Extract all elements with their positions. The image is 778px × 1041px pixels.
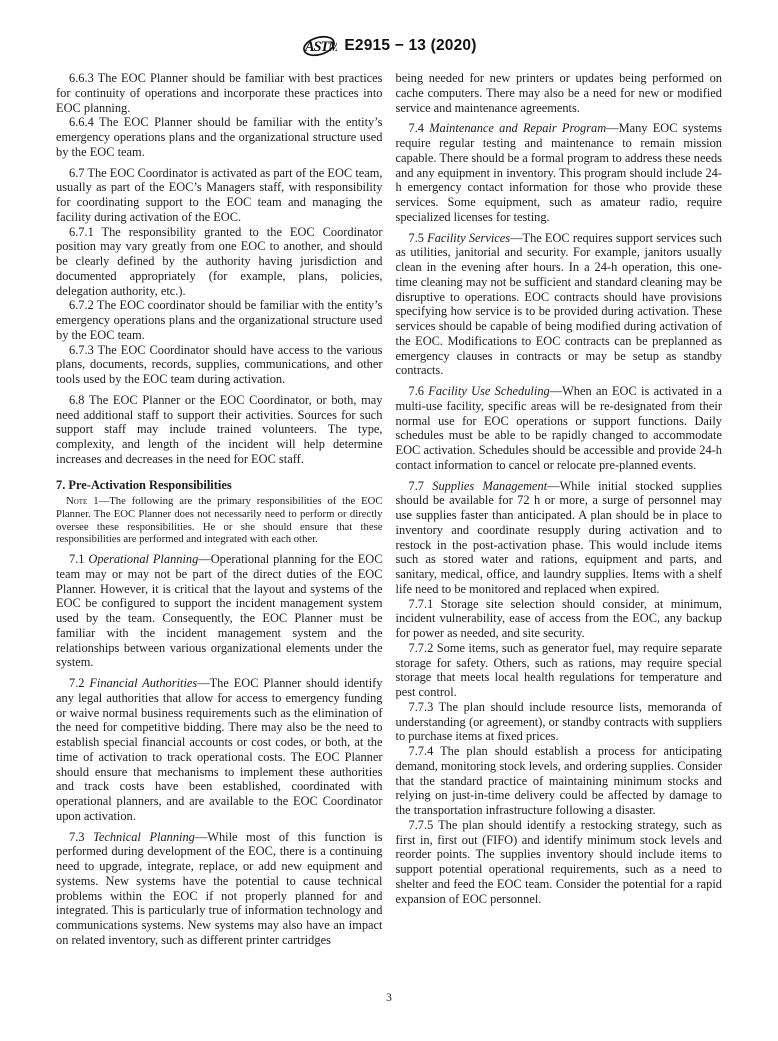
text-segment: Note 1 [66,495,99,507]
para-7.7.3: 7.7.3 The plan should include resource l… [396,700,723,744]
text-segment: 7.7.4 The plan should establish a proces… [396,744,723,817]
text-segment: Operational Planning [88,552,198,566]
text-segment: 7.7.5 The plan should identify a restock… [396,818,723,906]
para-6.7.3: 6.7.3 The EOC Coordinator should have ac… [56,343,383,387]
text-segment: —The EOC Planner should identify any leg… [56,676,383,823]
right-column: being needed for new printers or updates… [396,71,723,948]
section-heading-section-7: 7. Pre-Activation Responsibilities [56,478,383,493]
page-footer: 3 [0,992,778,1004]
para-7.7.5: 7.7.5 The plan should identify a restock… [396,818,723,907]
page-number: 3 [386,992,392,1004]
text-segment: —Many EOC systems require regular testin… [396,121,723,224]
document-page: ASTM E2915 − 13 (2020) 6.6.3 The EOC Pla… [0,0,778,1041]
para-6.7: 6.7 The EOC Coordinator is activated as … [56,166,383,225]
text-segment: 7. Pre-Activation Responsibilities [56,478,232,492]
text-segment: 6.7 The EOC Coordinator is activated as … [56,166,383,224]
text-segment: Financial Authorities [89,676,197,690]
para-7.7.2: 7.7.2 Some items, such as generator fuel… [396,641,723,700]
para-6.6.4: 6.6.4 The EOC Planner should be familiar… [56,115,383,159]
svg-text:ASTM: ASTM [304,39,337,55]
para-7.7.1: 7.7.1 Storage site selection should cons… [396,597,723,641]
text-segment: Facility Services [427,231,510,245]
para-6.8: 6.8 The EOC Planner or the EOC Coordinat… [56,393,383,467]
para-6.7.1: 6.7.1 The responsibility granted to the … [56,225,383,299]
text-segment: 6.7.1 The responsibility granted to the … [56,225,383,298]
para-7.3: 7.3 Technical Planning—While most of thi… [56,830,383,948]
para-7.2: 7.2 Financial Authorities—The EOC Planne… [56,676,383,824]
text-segment: Technical Planning [93,830,195,844]
text-segment: being needed for new printers or updates… [396,71,723,115]
para-6.7.2: 6.7.2 The EOC coordinator should be fami… [56,298,383,342]
text-segment: 7.1 [69,552,88,566]
para-7.7: 7.7 Supplies Management—While initial st… [396,479,723,597]
text-segment: 6.8 The EOC Planner or the EOC Coordinat… [56,393,383,466]
para-7.4: 7.4 Maintenance and Repair Program—Many … [396,121,723,224]
para-7.1: 7.1 Operational Planning—Operational pla… [56,552,383,670]
text-segment: 6.7.2 The EOC coordinator should be fami… [56,298,383,342]
text-segment: 6.6.3 The EOC Planner should be familiar… [56,71,383,115]
document-header: ASTM E2915 − 13 (2020) [0,33,778,59]
astm-logo-icon: ASTM [301,33,337,59]
text-segment: 7.6 [409,384,429,398]
note-1: Note 1—The following are the primary res… [56,495,383,546]
text-segment: —While initial stocked supplies should b… [396,479,723,596]
left-column: 6.6.3 The EOC Planner should be familiar… [56,71,383,948]
para-7.3-continued: being needed for new printers or updates… [396,71,723,115]
text-segment: 6.6.4 The EOC Planner should be familiar… [56,115,383,159]
para-7.5: 7.5 Facility Services—The EOC requires s… [396,231,723,379]
para-6.6.3: 6.6.3 The EOC Planner should be familiar… [56,71,383,115]
text-segment: 7.5 [409,231,428,245]
text-segment: 7.7.2 Some items, such as generator fuel… [396,641,723,699]
text-segment: —Operational planning for the EOC team m… [56,552,383,669]
text-segment: —The EOC requires support services such … [396,231,723,378]
text-segment: —The following are the primary responsib… [56,495,383,545]
para-7.7.4: 7.7.4 The plan should establish a proces… [396,744,723,818]
text-segment: —While most of this function is performe… [56,830,383,947]
text-segment: Supplies Management [432,479,547,493]
text-segment: 7.3 [69,830,93,844]
text-segment: 6.7.3 The EOC Coordinator should have ac… [56,343,383,387]
two-column-body: 6.6.3 The EOC Planner should be familiar… [56,71,722,948]
text-segment: 7.7 [409,479,433,493]
para-7.6: 7.6 Facility Use Scheduling—When an EOC … [396,384,723,473]
standard-designation: E2915 − 13 (2020) [344,37,476,55]
text-segment: 7.7.1 Storage site selection should cons… [396,597,723,641]
text-segment: Maintenance and Repair Program [429,121,606,135]
text-segment: Facility Use Scheduling [428,384,549,398]
text-segment: 7.2 [69,676,89,690]
text-segment: 7.7.3 The plan should include resource l… [396,700,723,744]
text-segment: 7.4 [409,121,430,135]
